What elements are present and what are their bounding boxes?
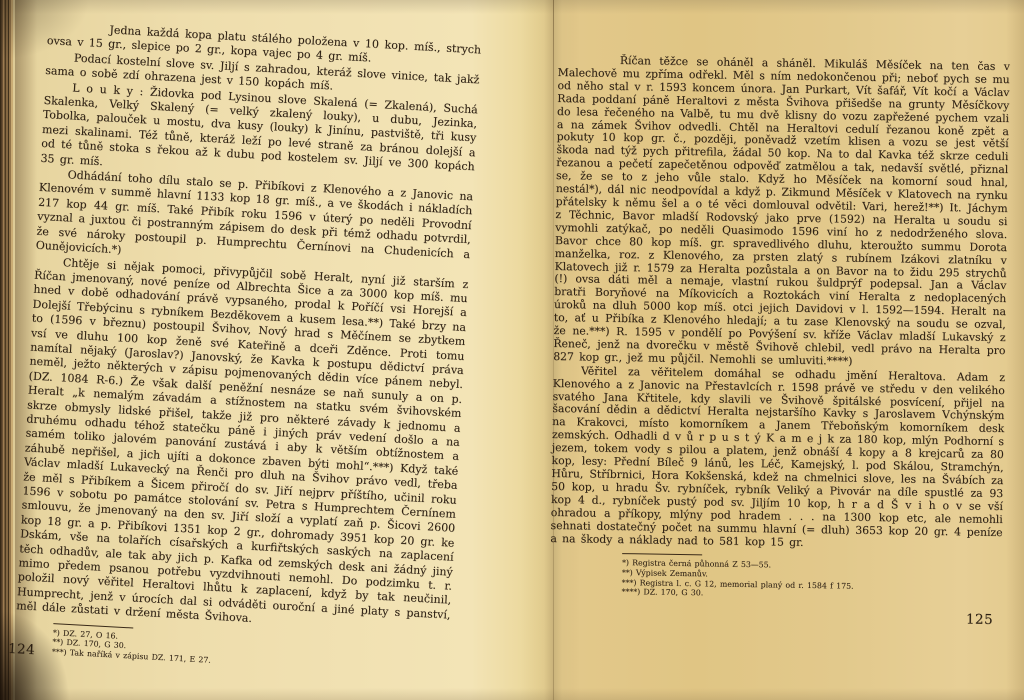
footnote-rule [53,623,133,628]
paragraph: Chtěje si nějak pomoci, přivypůjčil sobě… [16,254,469,637]
right-page: Říčan těžce se oháněl a sháněl. Mikuláš … [549,54,1009,603]
page-number: 125 [966,613,993,626]
page-number: 124 [8,642,36,658]
paragraph: Věřitel za věřitelem domáhal se odhadu j… [550,365,1005,553]
book-spread: Jedna každá kopa platu stálého položena … [0,0,1024,700]
paragraph: Říčan těžce se oháněl a sháněl. Mikuláš … [553,54,1010,371]
page-edges-strip [0,0,15,700]
right-page-footer: *) Registra černá půhonná Z 53—55. **) V… [549,552,1002,602]
footnote-rule [622,554,702,556]
left-page: Jedna každá kopa platu stálého položena … [14,20,482,678]
